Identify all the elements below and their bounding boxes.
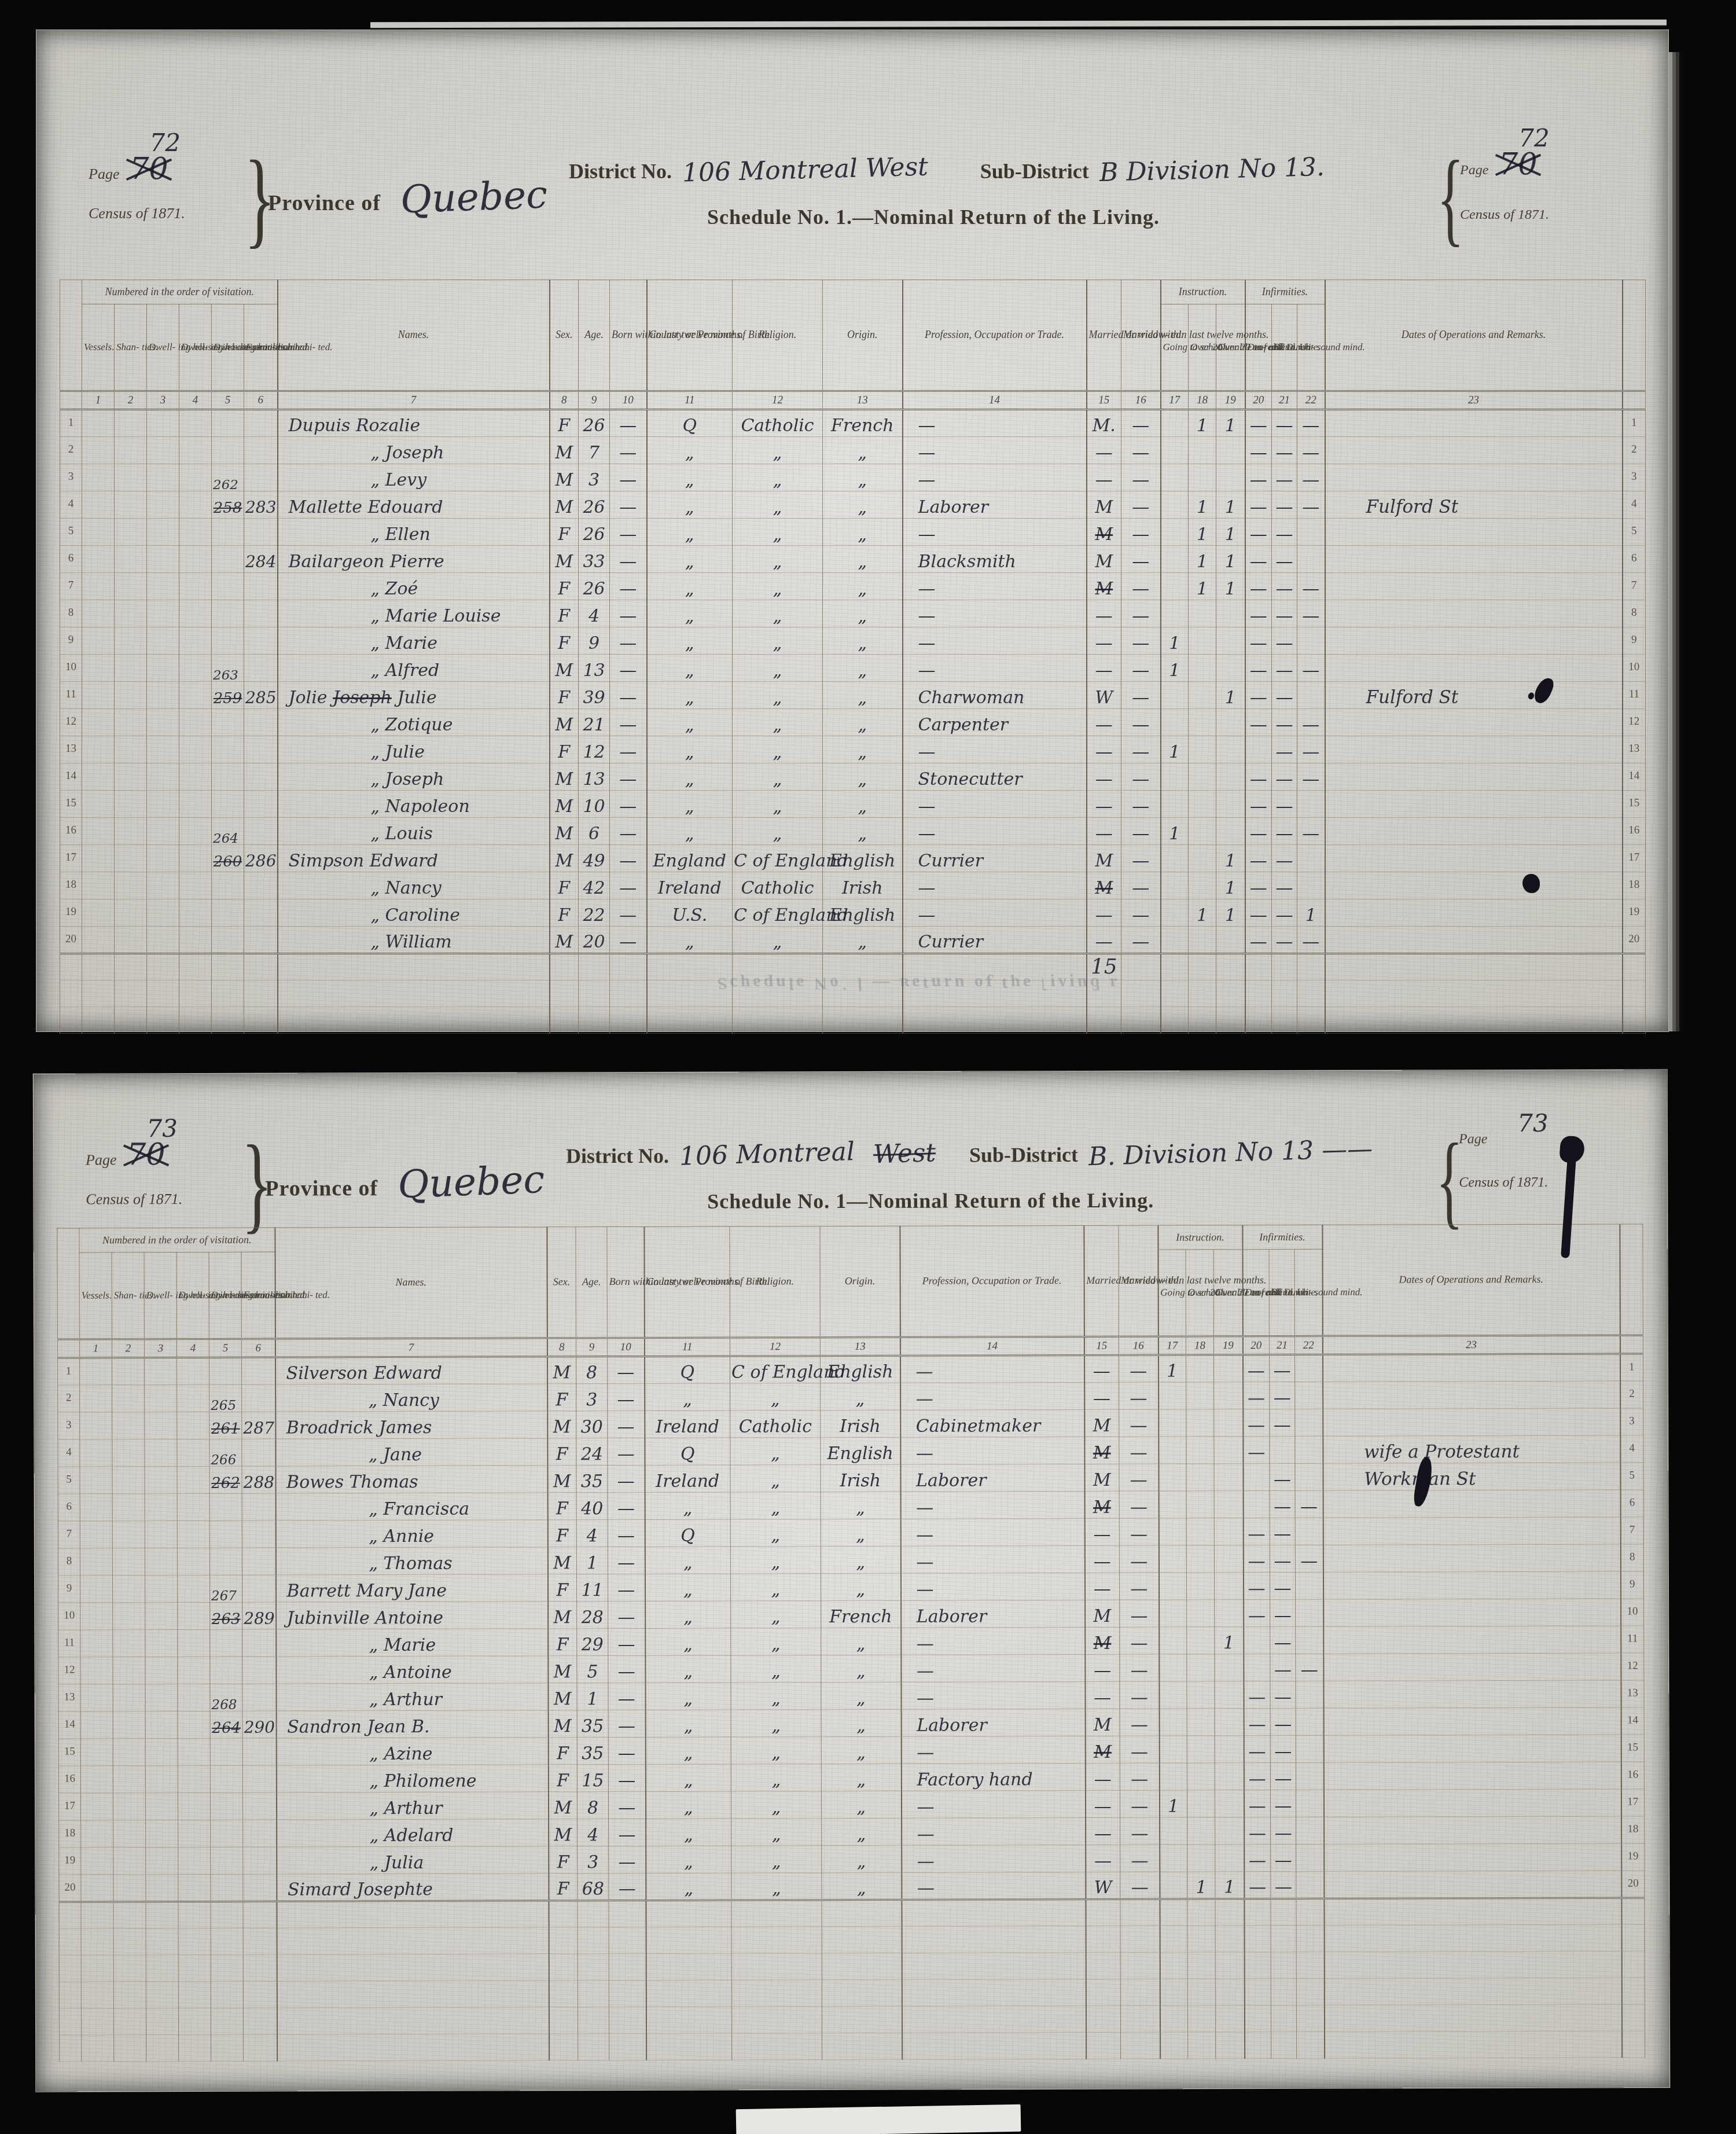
cell-rn: 9 xyxy=(60,627,82,655)
blank-cell xyxy=(578,2007,609,2034)
blank-cell xyxy=(823,1007,903,1034)
cell-c5 xyxy=(210,1793,242,1820)
blank-cell xyxy=(1621,2004,1645,2031)
cell-rn2: 20 xyxy=(1623,927,1646,954)
married-mark: — xyxy=(1093,1389,1110,1409)
blank-cell xyxy=(579,980,610,1007)
cell-religion: „ xyxy=(733,709,823,736)
married-mark: — xyxy=(1095,824,1113,844)
blank-cell xyxy=(1120,1952,1160,1979)
cell-origin: „ xyxy=(823,600,903,627)
cell-i20 xyxy=(1244,1654,1270,1681)
cell-c1 xyxy=(80,1412,112,1439)
cell-c1 xyxy=(80,1603,113,1630)
blank-cell xyxy=(1244,2006,1271,2032)
cell-c6 xyxy=(242,1575,275,1602)
cell-name: „ Joseph xyxy=(278,763,550,791)
blank-cell xyxy=(1271,2005,1296,2032)
cell-occ: Currier xyxy=(903,927,1087,954)
cell-i18 xyxy=(1189,464,1216,491)
cell-sex: M xyxy=(550,437,579,464)
cell-mar: M xyxy=(1084,1409,1119,1437)
blank-ruled-row xyxy=(60,2031,1645,2062)
cell-country: „ xyxy=(645,1574,730,1601)
cell-rem xyxy=(1324,1816,1621,1844)
cell-sex: M xyxy=(547,1411,576,1438)
cell-i21: — xyxy=(1270,1626,1296,1654)
married-mark: — xyxy=(1095,443,1113,463)
cell-i17 xyxy=(1161,410,1189,437)
cell-religion: „ xyxy=(731,1819,822,1846)
cell-born: — xyxy=(608,1628,645,1655)
cell-i17 xyxy=(1161,682,1189,709)
cell-i20: — xyxy=(1245,546,1272,573)
cell-c4 xyxy=(177,1384,209,1412)
cell-rn: 10 xyxy=(58,1603,80,1630)
cell-c4 xyxy=(178,1629,210,1656)
cell-born: — xyxy=(608,1683,645,1710)
cell-origin: Irish xyxy=(821,1464,900,1492)
cell-i22: — xyxy=(1297,464,1325,491)
cell-country: „ xyxy=(645,1710,731,1737)
cell-i20: — xyxy=(1245,872,1272,899)
married-mark: — xyxy=(1095,606,1113,626)
cell-i17: 1 xyxy=(1161,627,1189,655)
cell-c3 xyxy=(147,573,179,600)
blank-cell xyxy=(1244,1926,1271,1952)
cell-i18 xyxy=(1187,1763,1215,1790)
blank-cell xyxy=(212,980,244,1007)
col-number-blank xyxy=(60,391,82,410)
cell-c3 xyxy=(145,1575,177,1603)
cell-born: — xyxy=(610,872,647,899)
cell-i19 xyxy=(1216,709,1245,736)
cell-i20: — xyxy=(1244,1790,1270,1817)
blank-cell xyxy=(277,2034,549,2061)
cell-c5 xyxy=(212,872,244,899)
cell-c4 xyxy=(177,1575,209,1602)
col-header-country-of-birth: Country or Province of Birth. xyxy=(647,280,733,391)
blank-cell xyxy=(733,1007,823,1034)
cell-name: „ Arthur xyxy=(276,1683,548,1711)
cell-m12: — xyxy=(1121,682,1161,709)
cell-sex: F xyxy=(550,627,579,655)
total-c4 xyxy=(179,954,212,980)
cell-born: — xyxy=(610,573,647,600)
cell-i21: — xyxy=(1271,1871,1296,1898)
cell-i19 xyxy=(1216,600,1245,627)
cell-m12: — xyxy=(1119,1464,1158,1491)
blank-cell xyxy=(550,980,579,1007)
col-number-22: 22 xyxy=(1294,1336,1322,1354)
cell-c5 xyxy=(211,1874,243,1901)
cell-mar: — xyxy=(1087,709,1121,736)
col-number-2: 2 xyxy=(115,391,147,410)
cell-c5 xyxy=(211,1820,243,1847)
cell-rn2: 18 xyxy=(1623,872,1646,899)
cell-c1 xyxy=(80,1467,112,1494)
blank-cell xyxy=(244,2034,277,2061)
cell-name: Jubinville Antoine xyxy=(276,1602,548,1629)
cell-religion: Catholic xyxy=(733,410,823,437)
cell-religion: „ xyxy=(730,1574,821,1601)
cell-m12: — xyxy=(1121,763,1161,791)
cell-i19 xyxy=(1216,437,1245,464)
cell-rn2: 17 xyxy=(1623,845,1646,872)
blank-cell xyxy=(902,1952,1086,1979)
cell-name: „ Zoé xyxy=(278,573,550,600)
cell-m12: — xyxy=(1121,818,1161,845)
cell-i17 xyxy=(1158,1545,1186,1573)
col-number-7: 7 xyxy=(275,1338,547,1357)
cell-origin: „ xyxy=(823,519,903,546)
family-number: 284 xyxy=(245,552,276,571)
cell-occ: — xyxy=(900,1437,1084,1464)
cell-occ: — xyxy=(901,1736,1085,1764)
cell-occ: Laborer xyxy=(901,1600,1085,1628)
cell-religion: „ xyxy=(731,1764,821,1791)
cell-i19 xyxy=(1214,1464,1243,1491)
blank-cell xyxy=(822,1979,902,2006)
cell-c3 xyxy=(145,1630,178,1657)
cell-c6: 288 xyxy=(242,1466,275,1493)
total-rn2 xyxy=(1623,954,1646,980)
cell-country: „ xyxy=(645,1764,731,1791)
cell-i17 xyxy=(1159,1600,1187,1627)
blank-cell xyxy=(902,1979,1086,2006)
cell-c2 xyxy=(113,1793,145,1820)
census-row: 8„ ThomasM1—„„„——————8 xyxy=(58,1544,1643,1575)
cell-age: 42 xyxy=(579,872,610,899)
cell-i20: — xyxy=(1244,1817,1271,1845)
cell-i19 xyxy=(1215,1600,1244,1627)
cell-occ: Laborer xyxy=(903,491,1087,519)
census-row: 17264260286Simpson EdwardM49—EnglandC of… xyxy=(60,845,1646,872)
blank-cell xyxy=(1296,1925,1324,1952)
cell-country: U.S. xyxy=(647,899,733,927)
cell-religion: „ xyxy=(733,519,823,546)
cell-rem xyxy=(1325,464,1623,491)
cell-country: England xyxy=(647,845,733,872)
married-mark: — xyxy=(1095,470,1113,490)
cell-sex: F xyxy=(550,899,579,927)
cell-born: — xyxy=(608,1710,645,1737)
cell-i22 xyxy=(1297,627,1325,655)
col-header-deaf-and-dumb: Deaf and Dumb xyxy=(1242,1250,1269,1336)
cell-i17 xyxy=(1159,1681,1187,1709)
cell-i18: 1 xyxy=(1187,1872,1215,1899)
married-mark: — xyxy=(1094,1552,1111,1572)
page-number-block-left: Page 70 73 Census of 1871. xyxy=(86,1140,236,1209)
cell-sex: F xyxy=(550,573,579,600)
cell-i22 xyxy=(1296,1790,1323,1817)
blank-cell xyxy=(1215,1952,1244,1979)
cell-i22 xyxy=(1295,1463,1323,1490)
cell-religion: „ xyxy=(733,736,823,763)
cell-rn2: 16 xyxy=(1623,818,1646,845)
cell-c6: 285 xyxy=(244,682,278,709)
cell-i19: 1 xyxy=(1216,546,1245,573)
col-number-11: 11 xyxy=(647,391,733,410)
col-number-9: 9 xyxy=(579,391,610,410)
cell-born: — xyxy=(608,1465,645,1492)
cell-c1 xyxy=(82,491,115,519)
cell-name: „ Francisca xyxy=(275,1493,547,1520)
cell-age: 5 xyxy=(577,1656,608,1683)
blank-cell xyxy=(1325,980,1623,1007)
census-table-1: Numbered in the order of visitation.Name… xyxy=(60,280,1646,1034)
province-value-handwritten: Quebec xyxy=(400,172,548,222)
cell-mar: — xyxy=(1087,464,1121,491)
cell-c4 xyxy=(179,872,212,899)
cell-rn: 14 xyxy=(58,1711,80,1739)
cell-c6 xyxy=(242,1738,276,1765)
cell-c3 xyxy=(147,627,179,655)
cell-rn: 4 xyxy=(58,1439,80,1467)
cell-i21: — xyxy=(1272,763,1297,791)
cell-origin: English xyxy=(821,1356,900,1383)
cell-mar: M xyxy=(1087,519,1121,546)
cell-mar: M xyxy=(1087,546,1121,573)
cell-i21: — xyxy=(1270,1409,1295,1436)
blank-cell xyxy=(82,1007,115,1034)
cell-rn: 17 xyxy=(60,845,82,872)
cell-occ: — xyxy=(900,1545,1084,1573)
cell-i22 xyxy=(1296,1708,1323,1735)
cell-i18 xyxy=(1186,1573,1214,1600)
total-rem xyxy=(1324,1898,1621,1925)
blank-cell xyxy=(1245,1007,1272,1034)
col-header-blind: Blind. xyxy=(1269,1249,1294,1336)
cell-i18 xyxy=(1187,1681,1215,1709)
blank-cell xyxy=(82,2035,114,2062)
cell-origin: „ xyxy=(821,1573,900,1600)
married-mark: M xyxy=(1094,1633,1112,1654)
province-label: Province of xyxy=(268,191,381,215)
cell-occ: — xyxy=(900,1573,1084,1600)
cell-country: „ xyxy=(647,791,733,818)
cell-sex: F xyxy=(548,1629,577,1656)
cell-c6 xyxy=(243,1847,277,1874)
cell-c1 xyxy=(82,655,115,682)
cell-rem xyxy=(1325,410,1623,437)
cell-i20: — xyxy=(1245,519,1272,546)
cell-c6: 284 xyxy=(244,546,278,573)
cell-c3 xyxy=(147,600,179,627)
cell-i17 xyxy=(1161,791,1189,818)
cell-occ: — xyxy=(903,410,1087,437)
col-header-over20-unable-write: Over 20 un- able to write. xyxy=(1213,1250,1242,1336)
married-mark: — xyxy=(1095,660,1113,681)
census-row: 15„ NapoleonM10—„„„—————15 xyxy=(60,791,1646,818)
cell-c4 xyxy=(179,818,212,845)
total-i21 xyxy=(1271,1898,1296,1925)
handwritten-page-number: 70 73 xyxy=(127,1140,165,1170)
cell-c1 xyxy=(82,763,115,791)
total-c6 xyxy=(244,954,278,980)
cell-c4 xyxy=(179,627,212,655)
cell-i17 xyxy=(1160,1872,1187,1899)
cell-i21: — xyxy=(1270,1572,1295,1599)
family-number: 283 xyxy=(245,498,276,517)
col-number-6: 6 xyxy=(241,1339,275,1357)
blank-cell xyxy=(1245,980,1272,1007)
cell-i22 xyxy=(1297,519,1325,546)
cell-c5 xyxy=(209,1520,242,1548)
cell-i20 xyxy=(1245,736,1272,763)
cell-c3 xyxy=(147,655,179,682)
cell-rn2: 9 xyxy=(1623,627,1646,655)
cell-i18 xyxy=(1189,736,1216,763)
cell-i22: — xyxy=(1297,600,1325,627)
cell-c1 xyxy=(82,410,115,437)
total-rn2 xyxy=(1621,1898,1645,1924)
cell-m12: — xyxy=(1121,791,1161,818)
cell-name: „ Marie xyxy=(278,627,550,655)
col-header-age: Age. xyxy=(576,1227,608,1338)
cell-c2 xyxy=(115,818,147,845)
handwritten-page-number: 70 72 xyxy=(130,154,168,184)
cell-mar: M xyxy=(1087,573,1121,600)
col-number-8: 8 xyxy=(547,1338,576,1357)
cell-rn2: 8 xyxy=(1623,600,1646,627)
cell-i22: — xyxy=(1297,491,1325,519)
cell-origin: „ xyxy=(822,1872,902,1900)
cell-c3 xyxy=(146,1820,178,1847)
cell-c3 xyxy=(145,1467,177,1494)
cell-m12: — xyxy=(1119,1573,1158,1600)
census-row: 3„ LevyM3—„„„——————3 xyxy=(60,464,1646,491)
col-number-8: 8 xyxy=(550,391,579,410)
blank-cell xyxy=(1621,1951,1645,1978)
blank-cell xyxy=(60,2035,82,2062)
cell-i19: 1 xyxy=(1216,519,1245,546)
cell-religion: „ xyxy=(733,655,823,682)
cell-c3 xyxy=(145,1684,178,1711)
cell-name: „ Thomas xyxy=(275,1547,547,1575)
cell-c2 xyxy=(115,464,147,491)
cell-mar: — xyxy=(1085,1681,1120,1709)
col-group-instruction: Instruction. xyxy=(1158,1225,1242,1250)
cell-rn: 10 xyxy=(60,655,82,682)
cell-rn: 6 xyxy=(60,546,82,573)
cell-c5 xyxy=(210,1629,242,1656)
married-mark: M xyxy=(1095,497,1113,517)
cell-m12: — xyxy=(1121,464,1161,491)
col-header-over20-unable-read: Over 20 unable to read. xyxy=(1186,1250,1213,1336)
row-number-header xyxy=(1623,280,1646,391)
blank-cell xyxy=(903,1007,1087,1034)
cell-c1 xyxy=(82,899,115,927)
cell-country: „ xyxy=(645,1655,731,1683)
cell-c3 xyxy=(147,491,179,519)
col-number-15: 15 xyxy=(1087,391,1121,410)
cell-rem xyxy=(1323,1354,1620,1382)
cell-origin: Irish xyxy=(821,1410,900,1437)
blank-cell xyxy=(1325,2031,1622,2058)
total-age xyxy=(579,954,610,980)
cell-c2 xyxy=(113,1875,146,1902)
census-row: 8„ Marie LouiseF4—„„„——————8 xyxy=(60,600,1646,627)
blank-cell xyxy=(1324,1951,1621,1978)
cell-religion: „ xyxy=(733,546,823,573)
cell-i20: — xyxy=(1243,1355,1270,1382)
cell-c3 xyxy=(145,1439,177,1467)
cell-i21: — xyxy=(1270,1762,1296,1790)
cell-mar: — xyxy=(1084,1382,1119,1409)
cell-i20: — xyxy=(1245,709,1272,736)
cell-rn2: 18 xyxy=(1621,1816,1645,1843)
cell-c4 xyxy=(179,546,212,573)
blank-cell xyxy=(1272,1007,1297,1034)
total-occ xyxy=(902,1899,1086,1926)
blank-cell xyxy=(1324,1978,1621,2005)
blank-cell xyxy=(1296,1952,1324,1978)
cell-born: — xyxy=(608,1791,645,1819)
cell-i20: — xyxy=(1245,845,1272,872)
cell-i22 xyxy=(1295,1436,1323,1463)
census-row: 20Simard JosephteF68—„„„—W—11——20 xyxy=(59,1871,1645,1902)
col-number-blank xyxy=(1620,1335,1643,1354)
col-header-names: Names. xyxy=(278,280,550,391)
col-number-5: 5 xyxy=(212,391,244,410)
cell-c2 xyxy=(112,1358,144,1385)
cell-i21: — xyxy=(1272,682,1297,709)
cell-rn: 15 xyxy=(60,791,82,818)
cell-country: „ xyxy=(645,1683,731,1710)
cell-i18 xyxy=(1186,1545,1214,1573)
blank-cell xyxy=(1324,2004,1621,2032)
cell-age: 35 xyxy=(576,1465,608,1493)
blank-cell xyxy=(609,1927,646,1953)
cell-i22 xyxy=(1297,546,1325,573)
visitation-struck-number: 258 xyxy=(214,499,242,517)
blank-cell xyxy=(115,1007,147,1034)
cell-sex: M xyxy=(550,791,579,818)
cell-i18 xyxy=(1187,1817,1215,1845)
cell-rem xyxy=(1323,1735,1621,1762)
cell-i21: — xyxy=(1272,927,1297,954)
col-number-blank xyxy=(57,1339,79,1358)
cell-c4 xyxy=(179,791,212,818)
col-number-13: 13 xyxy=(820,1337,900,1356)
total-country xyxy=(646,1900,731,1927)
cell-c3 xyxy=(146,1847,178,1875)
cell-occ: — xyxy=(903,655,1087,682)
cell-c2 xyxy=(113,1603,145,1630)
blank-cell xyxy=(1215,2006,1244,2032)
cell-origin: French xyxy=(821,1600,901,1628)
cell-i19 xyxy=(1214,1355,1243,1382)
cell-country: „ xyxy=(647,818,733,845)
cell-rn2: 4 xyxy=(1620,1435,1643,1463)
visitation-struck-number: 264 xyxy=(212,1720,241,1737)
cell-name: Broadrick James xyxy=(275,1411,547,1439)
cell-i22: — xyxy=(1297,655,1325,682)
cell-c1 xyxy=(81,1847,113,1875)
cell-sex: M xyxy=(550,709,579,736)
census-year-label: Census of 1871. xyxy=(89,205,239,222)
census-page-72: Page 70 72 Census of 1871. } Province of… xyxy=(36,30,1668,1031)
cell-rem xyxy=(1323,1762,1621,1790)
cell-c1 xyxy=(80,1793,113,1820)
cell-rem xyxy=(1325,763,1623,791)
visitation-new-number: 262 xyxy=(213,479,238,492)
cell-i20: — xyxy=(1243,1409,1270,1437)
census-row: 4„ JaneF24—Q„English—M——wife a Protestan… xyxy=(58,1435,1643,1467)
cell-mar: — xyxy=(1087,627,1121,655)
cell-name: „ Ellen xyxy=(278,519,550,546)
